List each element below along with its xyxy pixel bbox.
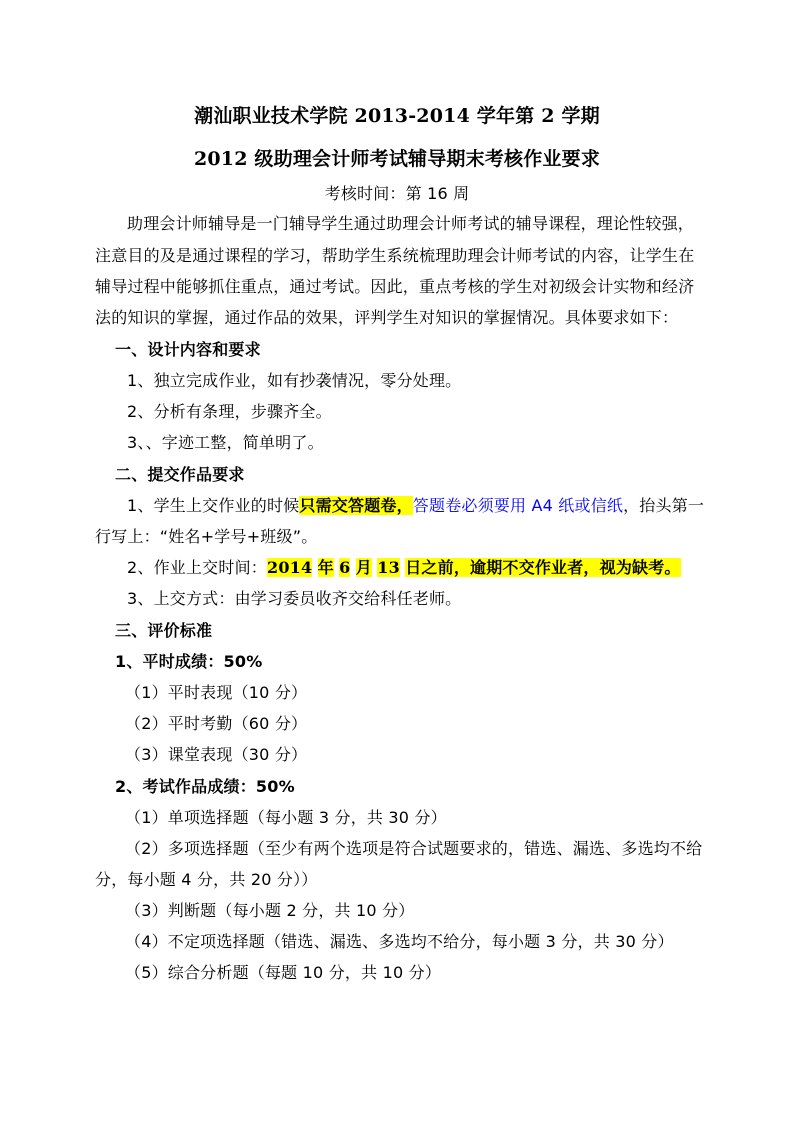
submission-item-1-prefix: 1、学生上交作业的时候 <box>127 496 299 515</box>
score-item: （4）不定项选择题（错选、漏选、多选均不给分，每小题 3 分，共 30 分） <box>95 932 730 952</box>
score-item: （2）平时考勤（60 分） <box>95 714 730 734</box>
score-item: （1）平时表现（10 分） <box>95 683 730 703</box>
intro-paragraph-line: 注意目的及是通过课程的学习，帮助学生系统梳理助理会计师考试的内容，让学生在 <box>95 246 700 266</box>
deadline-month-unit: 月 <box>356 558 372 577</box>
section-heading-submission: 二、提交作品要求 <box>95 465 720 485</box>
paper-requirement-text: 答题卷必须要用 A4 纸或信纸 <box>413 496 623 515</box>
submission-item-1: 1、学生上交作业的时候只需交答题卷，答题卷必须要用 A4 纸或信纸，抬头第一 <box>95 496 732 516</box>
submission-item-1-suffix: ，抬头第一 <box>623 496 704 515</box>
score-item: （1）单项选择题（每小题 3 分，共 30 分） <box>95 808 730 828</box>
deadline-month: 6 <box>339 558 350 577</box>
deadline-year: 2014 <box>267 558 312 577</box>
score-item: （5）综合分析题（每题 10 分，共 10 分） <box>95 963 730 983</box>
subheading-exam-score: 2、考试作品成绩：50% <box>95 777 720 797</box>
score-item: （3）判断题（每小题 2 分，共 10 分） <box>95 901 730 921</box>
submission-item-1-continuation: 行写上：“姓名+学号+班级”。 <box>95 527 700 547</box>
document-title: 潮汕职业技术学院 2013-2014 学年第 2 学期 <box>0 104 794 128</box>
submission-item-3: 3、上交方式：由学习委员收齐交给科任老师。 <box>95 589 732 609</box>
section-heading-design: 一、设计内容和要求 <box>95 340 720 360</box>
subheading-regular-score: 1、平时成绩：50% <box>95 652 720 672</box>
submission-item-2: 2、作业上交时间：2014 年 6 月 13 日之前，逾期不交作业者，视为缺考。 <box>95 558 732 578</box>
exam-time: 考核时间：第 16 周 <box>0 184 794 204</box>
document-page: 潮汕职业技术学院 2013-2014 学年第 2 学期 2012 级助理会计师考… <box>0 0 794 1123</box>
deadline-notice: 日之前，逾期不交作业者，视为缺考。 <box>405 558 680 577</box>
requirement-item: 1、独立完成作业，如有抄袭情况，零分处理。 <box>95 371 732 391</box>
score-item-continuation: 分，每小题 4 分，共 20 分）） <box>95 870 700 890</box>
requirement-item: 2、分析有条理，步骤齐全。 <box>95 402 732 422</box>
highlighted-answer-sheet-only: 只需交答题卷， <box>299 496 412 515</box>
deadline-day: 13 <box>377 558 400 577</box>
intro-paragraph-line: 助理会计师辅导是一门辅导学生通过助理会计师考试的辅导课程，理论性较强， <box>95 214 732 234</box>
requirement-item: 3、、字迹工整，简单明了。 <box>95 433 732 453</box>
document-subtitle: 2012 级助理会计师考试辅导期末考核作业要求 <box>0 147 794 171</box>
section-heading-evaluation: 三、评价标准 <box>95 621 720 641</box>
score-item: （3）课堂表现（30 分） <box>95 745 730 765</box>
intro-paragraph-line: 法的知识的掌握，通过作品的效果，评判学生对知识的掌握情况。具体要求如下： <box>95 308 700 328</box>
intro-paragraph-line: 辅导过程中能够抓住重点，通过考试。因此，重点考核的学生对初级会计实物和经济 <box>95 277 700 297</box>
submission-item-2-prefix: 2、作业上交时间： <box>127 558 267 577</box>
deadline-year-unit: 年 <box>318 558 334 577</box>
score-item: （2）多项选择题（至少有两个选项是符合试题要求的，错选、漏选、多选均不给 <box>95 839 730 859</box>
